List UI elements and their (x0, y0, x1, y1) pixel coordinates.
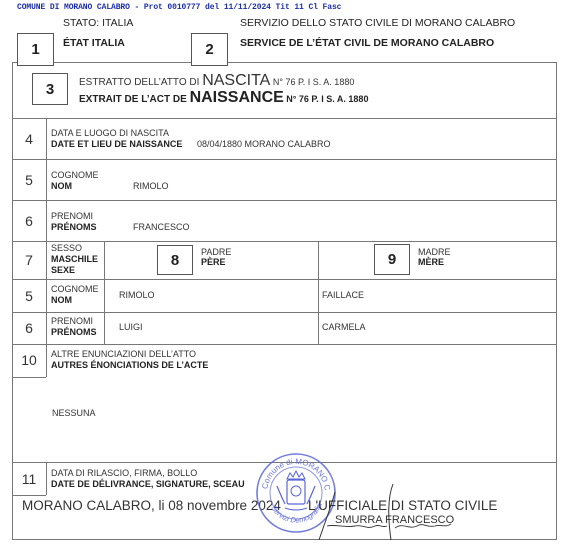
sex-value: MASCHILE (51, 254, 98, 264)
title-fr-prefix: EXTRAIT DE L’ACT DE (79, 94, 190, 105)
box-number-2: 2 (191, 33, 228, 66)
state-label-fr: ÉTAT ITALIA (63, 37, 125, 49)
rule (12, 118, 557, 119)
row-number: 6 (12, 320, 46, 336)
service-label-fr: SERVICE DE L’ÉTAT CIVIL DE MORANO CALABR… (240, 37, 494, 49)
surname-label-it: COGNOME (51, 170, 99, 180)
father-label-it: PADRE (201, 247, 231, 257)
given-names-label-it: PRENOMI (51, 211, 93, 221)
row-number: 11 (12, 471, 46, 487)
rule (12, 159, 557, 160)
mother-given-value: CARMELA (322, 322, 366, 332)
issuance-label-it: DATA DI RILASCIO, FIRMA, BOLLO (51, 468, 197, 478)
row-number: 10 (12, 352, 46, 368)
rule (12, 200, 557, 201)
title-fr-suffix: N° 76 P. I S. A. 1880 (284, 94, 369, 104)
rule-number-column (46, 118, 47, 344)
rule (12, 312, 557, 313)
document-title-it: ESTRATTO DELL’ATTO DI NASCITA N° 76 P. I… (79, 72, 354, 90)
issuance-label-fr: DATE DE DÉLIVRANCE, SIGNATURE, SCEAU (51, 479, 245, 489)
parents-surname-label-fr: NOM (51, 295, 72, 305)
title-it-keyword: NASCITA (202, 72, 270, 89)
parents-given-label-fr: PRÉNOMS (51, 327, 97, 337)
given-names-label-fr: PRÉNOMS (51, 222, 97, 232)
rule-parent-column (318, 241, 319, 344)
parents-surname-label-it: COGNOME (51, 284, 99, 294)
state-label-it: STATO: ITALIA (63, 17, 133, 29)
row-number: 5 (12, 172, 46, 188)
protocol-stamp: COMUNE DI MORANO CALABRO - Prot 0010777 … (17, 3, 341, 12)
rule-number-column (46, 462, 47, 495)
rule (12, 377, 46, 378)
sex-label-it: SESSO (51, 243, 82, 253)
surname-label-fr: NOM (51, 181, 72, 191)
box-number-3: 3 (32, 73, 68, 105)
birth-value: 08/04/1880 MORANO CALABRO (197, 139, 331, 149)
birth-label-fr: DATE ET LIEU DE NAISSANCE (51, 139, 182, 149)
rule-number-column (46, 344, 47, 377)
parents-given-label-it: PRENOMI (51, 316, 93, 326)
father-label-fr: PÈRE (201, 257, 226, 267)
row-number: 5 (12, 288, 46, 304)
box-number-1-overlay: 1 (17, 33, 54, 66)
row-number: 7 (12, 252, 46, 268)
mother-label-it: MADRE (418, 247, 451, 257)
rule-label-column (104, 241, 105, 344)
father-given-value: LUIGI (119, 322, 143, 332)
other-statements-value: NESSUNA (52, 408, 96, 418)
rule (12, 344, 557, 345)
mother-label-fr: MÈRE (418, 257, 444, 267)
row-number: 4 (12, 131, 46, 147)
rule (12, 241, 557, 242)
title-fr-keyword: NAISSANCE (190, 89, 284, 106)
title-it-prefix: ESTRATTO DELL’ATTO DI (79, 77, 202, 88)
other-statements-label-it: ALTRE ENUNCIAZIONI DELL’ATTO (51, 349, 196, 359)
rule (12, 279, 557, 280)
father-surname-value: RIMOLO (119, 290, 155, 300)
given-names-value: FRANCESCO (133, 222, 190, 232)
box-number-8: 8 (157, 245, 193, 275)
signature-icon (305, 482, 465, 544)
surname-value: RIMOLO (133, 181, 169, 191)
row-number: 6 (12, 213, 46, 229)
birth-label-it: DATA E LUOGO DI NASCITA (51, 128, 169, 138)
box-number-9: 9 (374, 244, 410, 275)
rule (12, 495, 46, 496)
service-label-it: SERVIZIO DELLO STATO CIVILE DI MORANO CA… (240, 17, 515, 29)
mother-surname-value: FAILLACE (322, 290, 364, 300)
issuance-place-date: MORANO CALABRO, li 08 novembre 2024 (22, 498, 281, 513)
document-title-fr: EXTRAIT DE L’ACT DE NAISSANCE N° 76 P. I… (79, 89, 368, 107)
sex-label-fr: SEXE (51, 265, 75, 275)
title-it-suffix: N° 76 P. I S. A. 1880 (270, 77, 354, 87)
other-statements-label-fr: AUTRES ÉNONCIATIONS DE L’ACTE (51, 360, 208, 370)
